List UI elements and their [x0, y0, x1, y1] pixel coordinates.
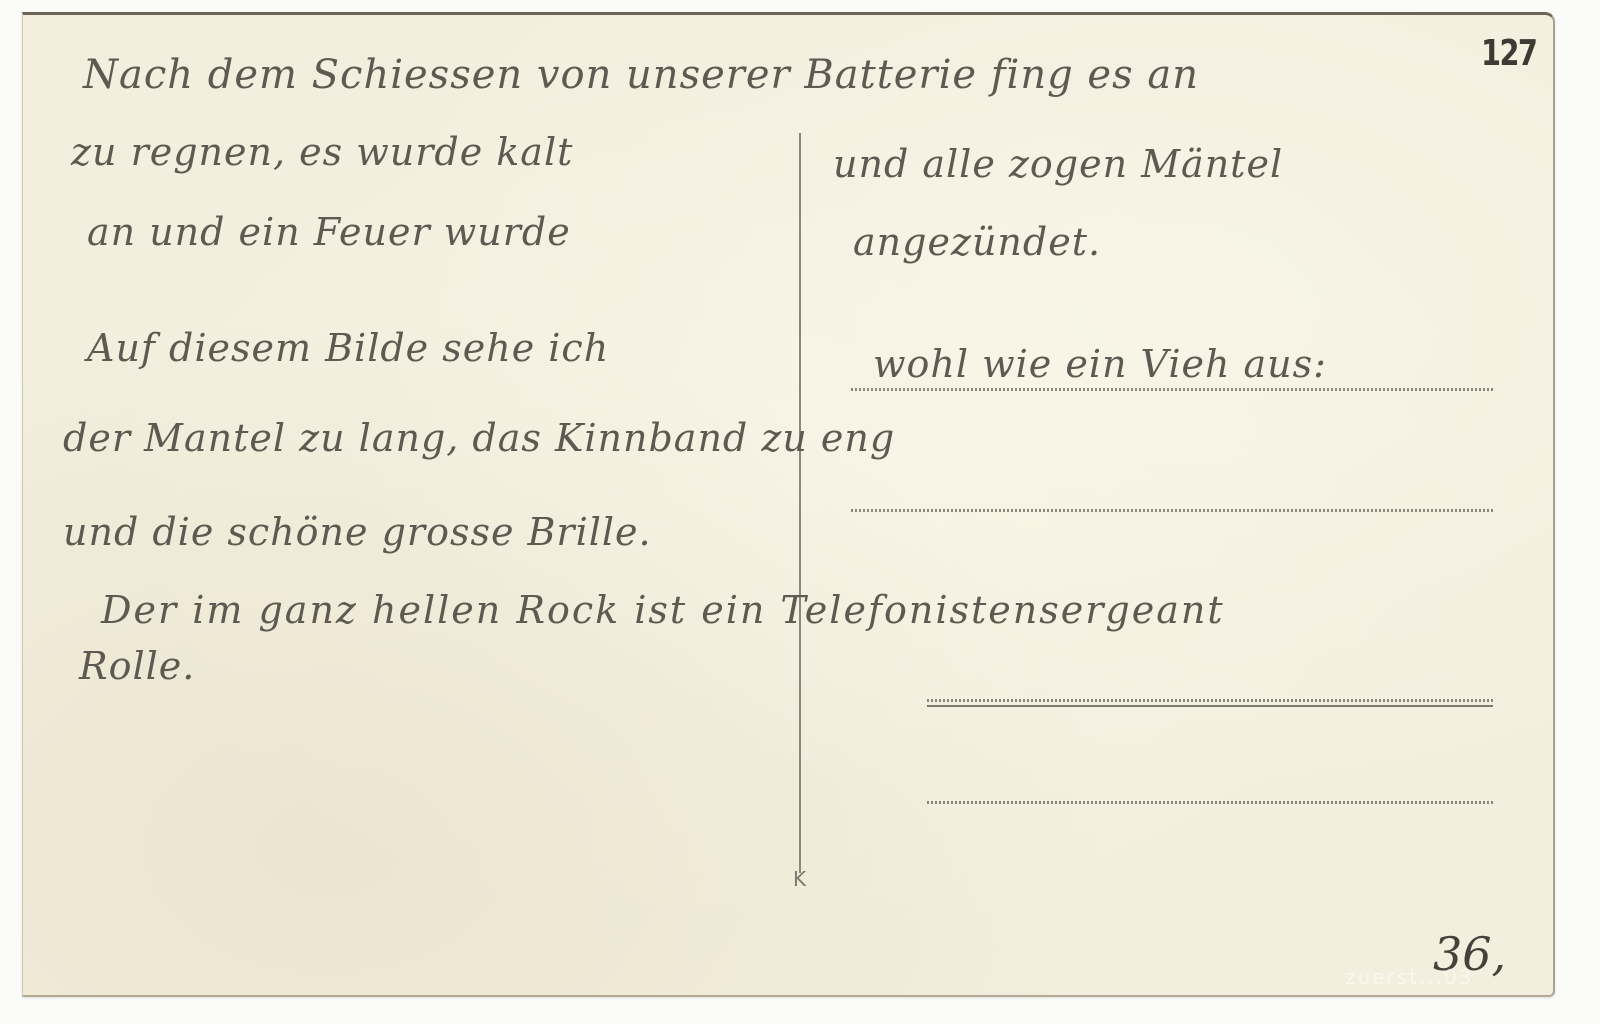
- watermark: zuerst...03: [1345, 965, 1473, 989]
- printer-mark: K: [793, 867, 806, 891]
- message-line-1: Nach dem Schiessen von unserer Batterie …: [83, 55, 1199, 95]
- message-line-10: Der im ganz hellen Rock ist ein Telefoni…: [101, 591, 1225, 629]
- message-line-9: und die schöne grosse Brille.: [63, 513, 652, 551]
- postcard: K 127 Nach dem Schiessen von unserer Bat…: [22, 12, 1555, 997]
- message-line-6: Auf diesem Bilde sehe ich: [87, 329, 609, 367]
- center-divider-line: [799, 133, 801, 873]
- message-line-11: Rolle.: [79, 647, 195, 685]
- message-line-3: und alle zogen Mäntel: [833, 145, 1283, 183]
- archive-number: 127: [1481, 33, 1536, 74]
- message-line-8: der Mantel zu lang, das Kinnband zu eng: [63, 419, 895, 457]
- address-line-2: [851, 509, 1493, 512]
- message-line-5: angezündet.: [853, 223, 1101, 261]
- address-line-1: [851, 388, 1493, 391]
- scan-page: K 127 Nach dem Schiessen von unserer Bat…: [0, 0, 1600, 1024]
- address-line-3: [927, 699, 1493, 707]
- message-line-2: zu regnen, es wurde kalt: [71, 133, 573, 171]
- message-line-7: wohl wie ein Vieh aus:: [873, 345, 1327, 383]
- message-line-4: an und ein Feuer wurde: [87, 213, 571, 251]
- address-line-4: [927, 801, 1493, 804]
